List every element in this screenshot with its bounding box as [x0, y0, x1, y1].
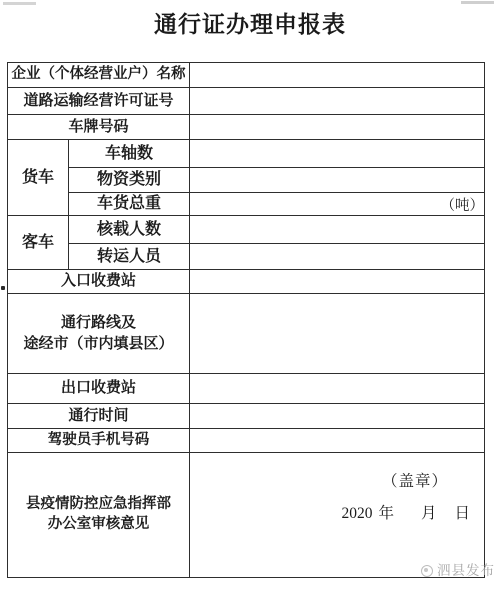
group-label-bus: 客车 [8, 216, 69, 270]
field-value-exit-toll-station [190, 374, 485, 404]
date-line: 2020年月日 [341, 501, 470, 523]
publisher-watermark: 泗县发布 [421, 562, 495, 580]
field-value-transit-time [190, 404, 485, 429]
page-title: 通行证办理申报表 [0, 8, 500, 40]
field-value-driver-phone [190, 429, 485, 453]
table-row: 转运人员 [8, 244, 485, 270]
field-label-review-line1: 县疫情防控应急指挥部 [8, 495, 189, 515]
field-label-route: 通行路线及 途经市（市内填县区） [8, 294, 190, 374]
date-month-unit: 月 [421, 505, 437, 522]
field-value-gross-weight-unit: （吨） [190, 193, 485, 216]
field-value-plate-number [190, 115, 485, 140]
field-value-entry-toll-station [190, 270, 485, 294]
table-row: 县疫情防控应急指挥部 办公室审核意见 （盖章） 2020年月日 [8, 453, 485, 578]
review-sign-area: （盖章） 2020年月日 [190, 469, 484, 523]
field-label-route-line1: 通行路线及 [8, 313, 189, 333]
field-value-cargo-category [190, 168, 485, 193]
field-label-exit-toll-station: 出口收费站 [8, 374, 190, 404]
field-label-axle-count: 车轴数 [69, 140, 190, 168]
field-label-transfer-personnel: 转运人员 [69, 244, 190, 270]
form-document-page: 通行证办理申报表 企业（个体经营业户）名称 道路运输经营许可证号 车牌号码 货车… [0, 0, 500, 592]
table-row: 客车 核载人数 [8, 216, 485, 244]
table-row: 驾驶员手机号码 [8, 429, 485, 453]
field-label-transit-time: 通行时间 [8, 404, 190, 429]
table-row: 通行时间 [8, 404, 485, 429]
field-label-driver-phone: 驾驶员手机号码 [8, 429, 190, 453]
table-row: 车牌号码 [8, 115, 485, 140]
table-row: 入口收费站 [8, 270, 485, 294]
table-row: 道路运输经营许可证号 [8, 88, 485, 115]
application-form-table: 企业（个体经营业户）名称 道路运输经营许可证号 车牌号码 货车 车轴数 物资类别 [7, 62, 485, 578]
field-value-route [190, 294, 485, 374]
table-row: 车货总重 （吨） [8, 193, 485, 216]
table-row: 通行路线及 途经市（市内填县区） [8, 294, 485, 374]
stamp-placeholder: （盖章） [382, 469, 448, 491]
field-label-transport-license: 道路运输经营许可证号 [8, 88, 190, 115]
field-label-plate-number: 车牌号码 [8, 115, 190, 140]
group-label-truck: 货车 [8, 140, 69, 216]
publisher-logo-icon [421, 565, 433, 577]
field-label-review-opinion: 县疫情防控应急指挥部 办公室审核意见 [8, 453, 190, 578]
field-label-approved-passengers: 核载人数 [69, 216, 190, 244]
date-year-unit: 年 [378, 505, 394, 522]
table-row: 企业（个体经营业户）名称 [8, 63, 485, 88]
field-label-entry-toll-station: 入口收费站 [8, 270, 190, 294]
scan-artifact-dot [1, 286, 5, 290]
date-day-unit: 日 [454, 505, 470, 522]
field-value-enterprise-name [190, 63, 485, 88]
field-value-review-opinion: （盖章） 2020年月日 [190, 453, 485, 578]
field-value-transport-license [190, 88, 485, 115]
field-label-enterprise-name: 企业（个体经营业户）名称 [8, 63, 190, 88]
table-row: 出口收费站 [8, 374, 485, 404]
field-label-review-line2: 办公室审核意见 [8, 515, 189, 535]
field-value-transfer-personnel [190, 244, 485, 270]
scan-artifact-top-right [461, 1, 494, 4]
scan-artifact-top-left [3, 2, 36, 5]
date-year: 2020 [341, 505, 372, 522]
field-label-cargo-category: 物资类别 [69, 168, 190, 193]
field-label-gross-weight: 车货总重 [69, 193, 190, 216]
table-row: 货车 车轴数 [8, 140, 485, 168]
field-value-axle-count [190, 140, 485, 168]
publisher-watermark-text: 泗县发布 [437, 562, 495, 580]
field-label-route-line2: 途经市（市内填县区） [8, 334, 189, 354]
field-value-approved-passengers [190, 216, 485, 244]
table-row: 物资类别 [8, 168, 485, 193]
